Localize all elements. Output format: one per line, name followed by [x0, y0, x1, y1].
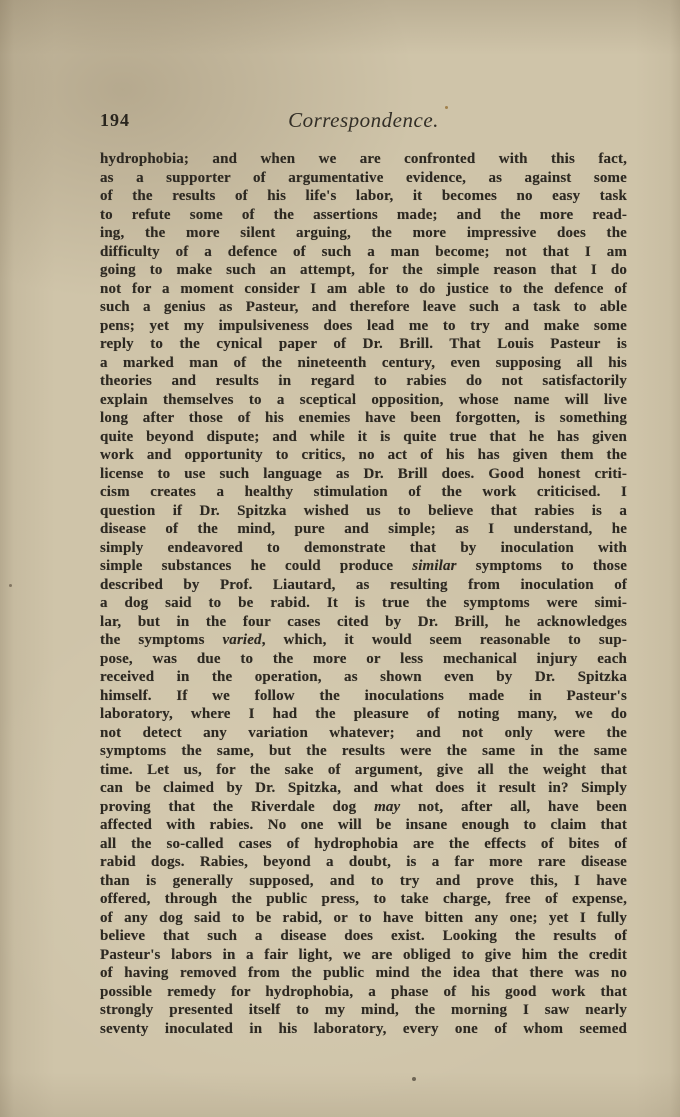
text-line: Pasteur's labors in a fair light, we are…	[100, 946, 627, 965]
text-line: pose, was due to the more or less mechan…	[100, 650, 627, 669]
text-line: proving that the Riverdale dog may not, …	[100, 798, 627, 817]
text-line: not detect any variation whatever; and n…	[100, 724, 627, 743]
text-line: explain themselves to a sceptical opposi…	[100, 391, 627, 410]
text-line: simple substances he could produce simil…	[100, 557, 627, 576]
text-line: rabid dogs. Rabies, beyond a doubt, is a…	[100, 853, 627, 872]
scanned-book-page: 194 Correspondence. hydrophobia; and whe…	[0, 0, 680, 1117]
text-line: cism creates a healthy stimulation of th…	[100, 483, 627, 502]
text-line: as a supporter of argumentative evidence…	[100, 169, 627, 188]
text-line: theories and results in regard to rabies…	[100, 372, 627, 391]
text-line: license to use such language as Dr. Bril…	[100, 465, 627, 484]
text-line: believe that such a disease does exist. …	[100, 927, 627, 946]
text-line: pens; yet my impulsiveness does lead me …	[100, 317, 627, 336]
text-line: all the so-called cases of hydrophobia a…	[100, 835, 627, 854]
body-text: hydrophobia; and when we are confronted …	[100, 150, 627, 1038]
text-line: a dog said to be rabid. It is true the s…	[100, 594, 627, 613]
text-line: hydrophobia; and when we are confronted …	[100, 150, 627, 169]
text-line: not for a moment consider I am able to d…	[100, 280, 627, 299]
ink-speck	[445, 106, 448, 109]
italic-word: may	[374, 799, 400, 815]
text-line: seventy inoculated in his laboratory, ev…	[100, 1020, 627, 1039]
text-line: described by Prof. Liautard, as resultin…	[100, 576, 627, 595]
text-line: offered, through the public press, to ta…	[100, 890, 627, 909]
text-line: ing, the more silent arguing, the more i…	[100, 224, 627, 243]
italic-word: similar	[412, 558, 456, 574]
ink-speck	[9, 584, 12, 587]
ink-speck	[412, 1077, 416, 1081]
text-line: such a genius as Pasteur, and therefore …	[100, 298, 627, 317]
text-line: long after those of his enemies have bee…	[100, 409, 627, 428]
text-line: affected with rabies. No one will be ins…	[100, 816, 627, 835]
text-line: difficulty of a defence of such a man be…	[100, 243, 627, 262]
text-line: simply endeavored to demonstrate that by…	[100, 539, 627, 558]
text-line: strongly presented itself to my mind, th…	[100, 1001, 627, 1020]
text-line: laboratory, where I had the pleasure of …	[100, 705, 627, 724]
text-line: the symptoms varied, which, it would see…	[100, 631, 627, 650]
text-line: of having removed from the public mind t…	[100, 964, 627, 983]
page-header: 194 Correspondence.	[100, 108, 627, 134]
text-line: question if Dr. Spitzka wished us to bel…	[100, 502, 627, 521]
text-line: possible remedy for hydrophobia, a phase…	[100, 983, 627, 1002]
running-head-title: Correspondence.	[100, 108, 627, 133]
text-line: a marked man of the nineteenth century, …	[100, 354, 627, 373]
text-line: can be claimed by Dr. Spitzka, and what …	[100, 779, 627, 798]
text-line: reply to the cynical paper of Dr. Brill.…	[100, 335, 627, 354]
text-line: to refute some of the assertions made; a…	[100, 206, 627, 225]
text-line: symptoms the same, but the results were …	[100, 742, 627, 761]
text-line: than is generally supposed, and to try a…	[100, 872, 627, 891]
text-line: received in the operation, as shown even…	[100, 668, 627, 687]
text-line: work and opportunity to critics, no act …	[100, 446, 627, 465]
text-line: time. Let us, for the sake of argument, …	[100, 761, 627, 780]
text-line: himself. If we follow the inoculations m…	[100, 687, 627, 706]
text-line: of any dog said to be rabid, or to have …	[100, 909, 627, 928]
text-line: disease of the mind, pure and simple; as…	[100, 520, 627, 539]
text-line: going to make such an attempt, for the s…	[100, 261, 627, 280]
text-line: lar, but in the four cases cited by Dr. …	[100, 613, 627, 632]
text-line: of the results of his life's labor, it b…	[100, 187, 627, 206]
text-line: quite beyond dispute; and while it is qu…	[100, 428, 627, 447]
italic-word: varied	[222, 632, 261, 648]
